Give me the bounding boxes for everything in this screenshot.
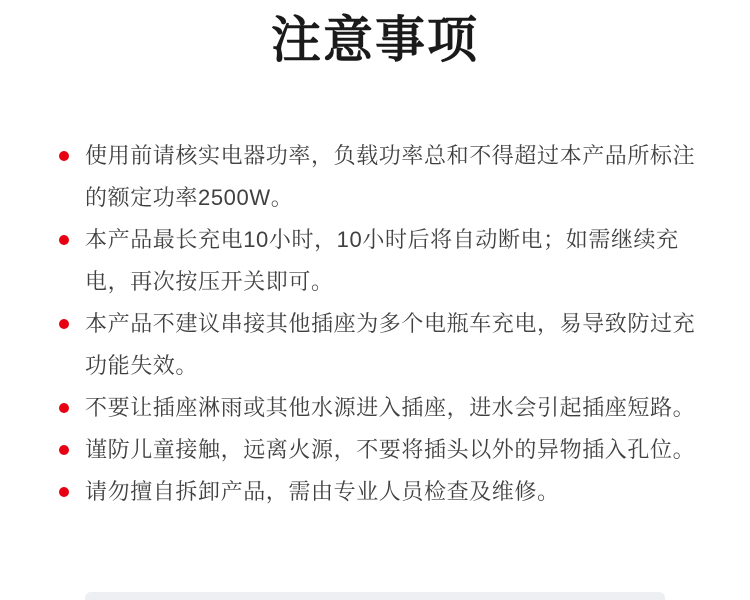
bullet-icon <box>59 445 69 455</box>
notice-item: 使用前请核实电器功率，负载功率总和不得超过本产品所标注 的额定功率2500W。 <box>0 135 750 219</box>
bullet-icon <box>59 319 69 329</box>
next-section-top-edge <box>85 592 665 600</box>
notice-item-text: 使用前请核实电器功率，负载功率总和不得超过本产品所标注 的额定功率2500W。 <box>85 135 695 219</box>
page-title: 注意事项 <box>0 10 750 70</box>
notice-item-text: 本产品不建议串接其他插座为多个电瓶车充电，易导致防过充 功能失效。 <box>85 303 695 387</box>
bullet-icon <box>59 487 69 497</box>
notice-item: 谨防儿童接触，远离火源，不要将插头以外的异物插入孔位。 <box>0 429 750 471</box>
notice-item: 本产品不建议串接其他插座为多个电瓶车充电，易导致防过充 功能失效。 <box>0 303 750 387</box>
precautions-section: 注意事项 使用前请核实电器功率，负载功率总和不得超过本产品所标注 的额定功率25… <box>0 0 750 600</box>
bullet-icon <box>59 235 69 245</box>
notice-line: 电，再次按压开关即可。 <box>85 261 679 303</box>
bullet-icon <box>59 151 69 161</box>
notice-item: 本产品最长充电10小时，10小时后将自动断电；如需继续充 电，再次按压开关即可。 <box>0 219 750 303</box>
bullet-icon <box>59 403 69 413</box>
notice-item-text: 本产品最长充电10小时，10小时后将自动断电；如需继续充 电，再次按压开关即可。 <box>85 219 679 303</box>
notice-line: 的额定功率2500W。 <box>85 177 695 219</box>
notice-line: 谨防儿童接触，远离火源，不要将插头以外的异物插入孔位。 <box>85 429 695 471</box>
notice-line: 本产品最长充电10小时，10小时后将自动断电；如需继续充 <box>85 219 679 261</box>
notice-line: 使用前请核实电器功率，负载功率总和不得超过本产品所标注 <box>85 135 695 177</box>
notice-item: 不要让插座淋雨或其他水源进入插座，进水会引起插座短路。 <box>0 387 750 429</box>
notice-item-text: 谨防儿童接触，远离火源，不要将插头以外的异物插入孔位。 <box>85 429 695 471</box>
notice-list: 使用前请核实电器功率，负载功率总和不得超过本产品所标注 的额定功率2500W。 … <box>0 135 750 513</box>
notice-item-text: 请勿擅自拆卸产品，需由专业人员检查及维修。 <box>85 471 560 513</box>
notice-line: 功能失效。 <box>85 345 695 387</box>
notice-line: 本产品不建议串接其他插座为多个电瓶车充电，易导致防过充 <box>85 303 695 345</box>
notice-item: 请勿擅自拆卸产品，需由专业人员检查及维修。 <box>0 471 750 513</box>
notice-item-text: 不要让插座淋雨或其他水源进入插座，进水会引起插座短路。 <box>85 387 695 429</box>
notice-line: 请勿擅自拆卸产品，需由专业人员检查及维修。 <box>85 471 560 513</box>
notice-line: 不要让插座淋雨或其他水源进入插座，进水会引起插座短路。 <box>85 387 695 429</box>
